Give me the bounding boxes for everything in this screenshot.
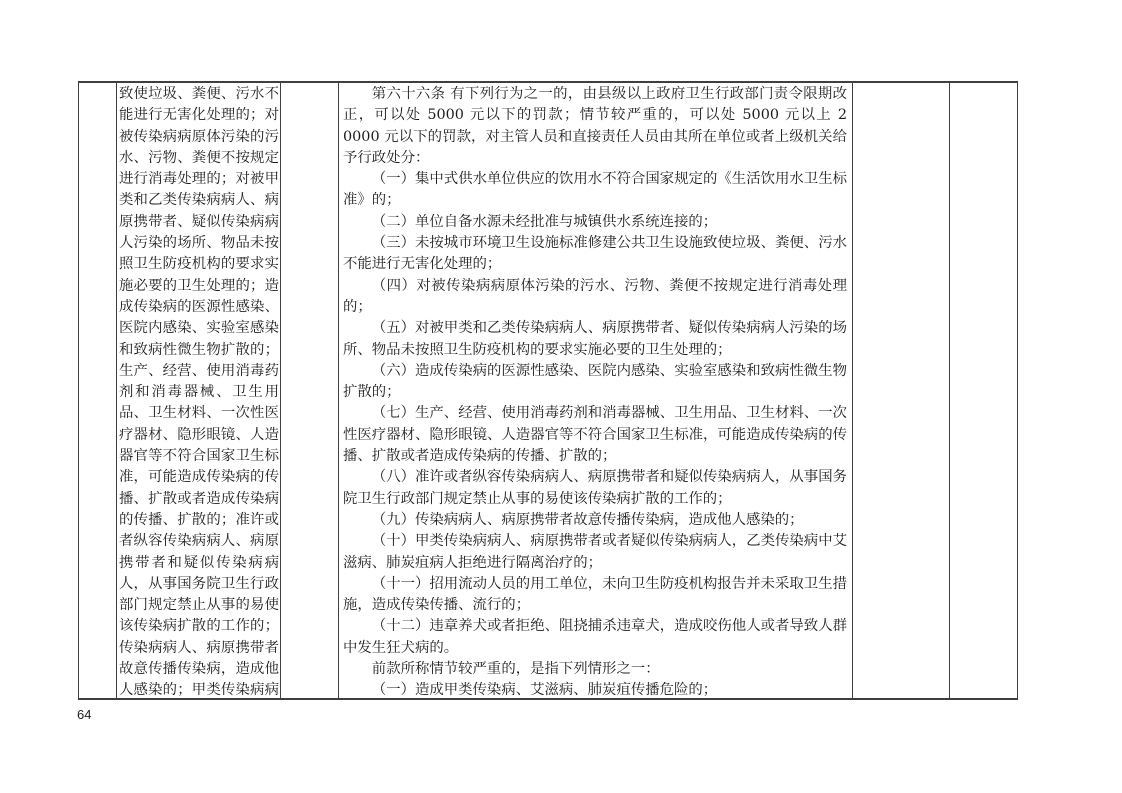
statute-paragraph: （七）生产、经营、使用消毒药剂和消毒器械、卫生用品、卫生材料、一次性医疗器材、隐…	[343, 403, 847, 467]
table-cell-empty-right-1	[853, 83, 950, 698]
statute-paragraph: （一）集中式供水单位供应的饮用水不符合国家规定的《生活饮用水卫生标准》的；	[343, 169, 847, 212]
page-number: 64	[77, 707, 91, 722]
statute-paragraph: （六）造成传染病的医源性感染、医院内感染、实验室感染和致病性微生物扩散的；	[343, 361, 847, 404]
statute-paragraph: 前款所称情节较严重的，是指下列情形之一：	[343, 659, 847, 680]
statute-paragraph: （五）对被甲类和乙类传染病病人、病原携带者、疑似传染病病人污染的场所、物品未按照…	[343, 318, 847, 361]
statute-paragraph: （十一）招用流动人员的用工单位，未向卫生防疫机构报告并未采取卫生措施，造成传染传…	[343, 574, 847, 617]
statute-paragraph: （八）准许或者纵容传染病病人、病原携带者和疑似传染病病人，从事国务院卫生行政部门…	[343, 467, 847, 510]
statute-paragraph: （四）对被传染病病原体污染的污水、污物、粪便不按规定进行消毒处理的；	[343, 276, 847, 319]
carryover-text: 致使垃圾、粪便、污水不能进行无害化处理的；对被传染病病原体污染的污水、污物、粪便…	[117, 83, 280, 698]
statute-paragraph: 第六十六条 有下列行为之一的，由县级以上政府卫生行政部门责令限期改正，可以处 5…	[343, 84, 847, 169]
table-cell-empty-right-2	[950, 83, 1017, 698]
statute-paragraph: （九）传染病病人、病原携带者故意传播传染病，造成他人感染的；	[343, 510, 847, 531]
statute-paragraph: （十二）违章养犬或者拒绝、阻挠捕杀违章犬，造成咬伤他人或者导致人群中发生狂犬病的…	[343, 616, 847, 659]
table-cell-spacer	[281, 83, 339, 698]
table-cell-carryover: 致使垃圾、粪便、污水不能进行无害化处理的；对被传染病病原体污染的污水、污物、粪便…	[117, 83, 281, 698]
statute-table: 致使垃圾、粪便、污水不能进行无害化处理的；对被传染病病原体污染的污水、污物、粪便…	[78, 81, 1018, 700]
statute-paragraph: （一）造成甲类传染病、艾滋病、肺炭疽传播危险的；	[343, 680, 847, 698]
table-cell-empty-left	[79, 83, 117, 698]
article-66-paragraphs: 第六十六条 有下列行为之一的，由县级以上政府卫生行政部门责令限期改正，可以处 5…	[339, 83, 852, 698]
table-cell-article-66: 第六十六条 有下列行为之一的，由县级以上政府卫生行政部门责令限期改正，可以处 5…	[339, 83, 853, 698]
statute-paragraph: （三）未按城市环境卫生设施标准修建公共卫生设施致使垃圾、粪便、污水不能进行无害化…	[343, 233, 847, 276]
statute-paragraph: （二）单位自备水源未经批准与城镇供水系统连接的；	[343, 212, 847, 233]
statute-paragraph: （十）甲类传染病病人、病原携带者或者疑似传染病病人，乙类传染病中艾滋病、肺炭疽病…	[343, 531, 847, 574]
